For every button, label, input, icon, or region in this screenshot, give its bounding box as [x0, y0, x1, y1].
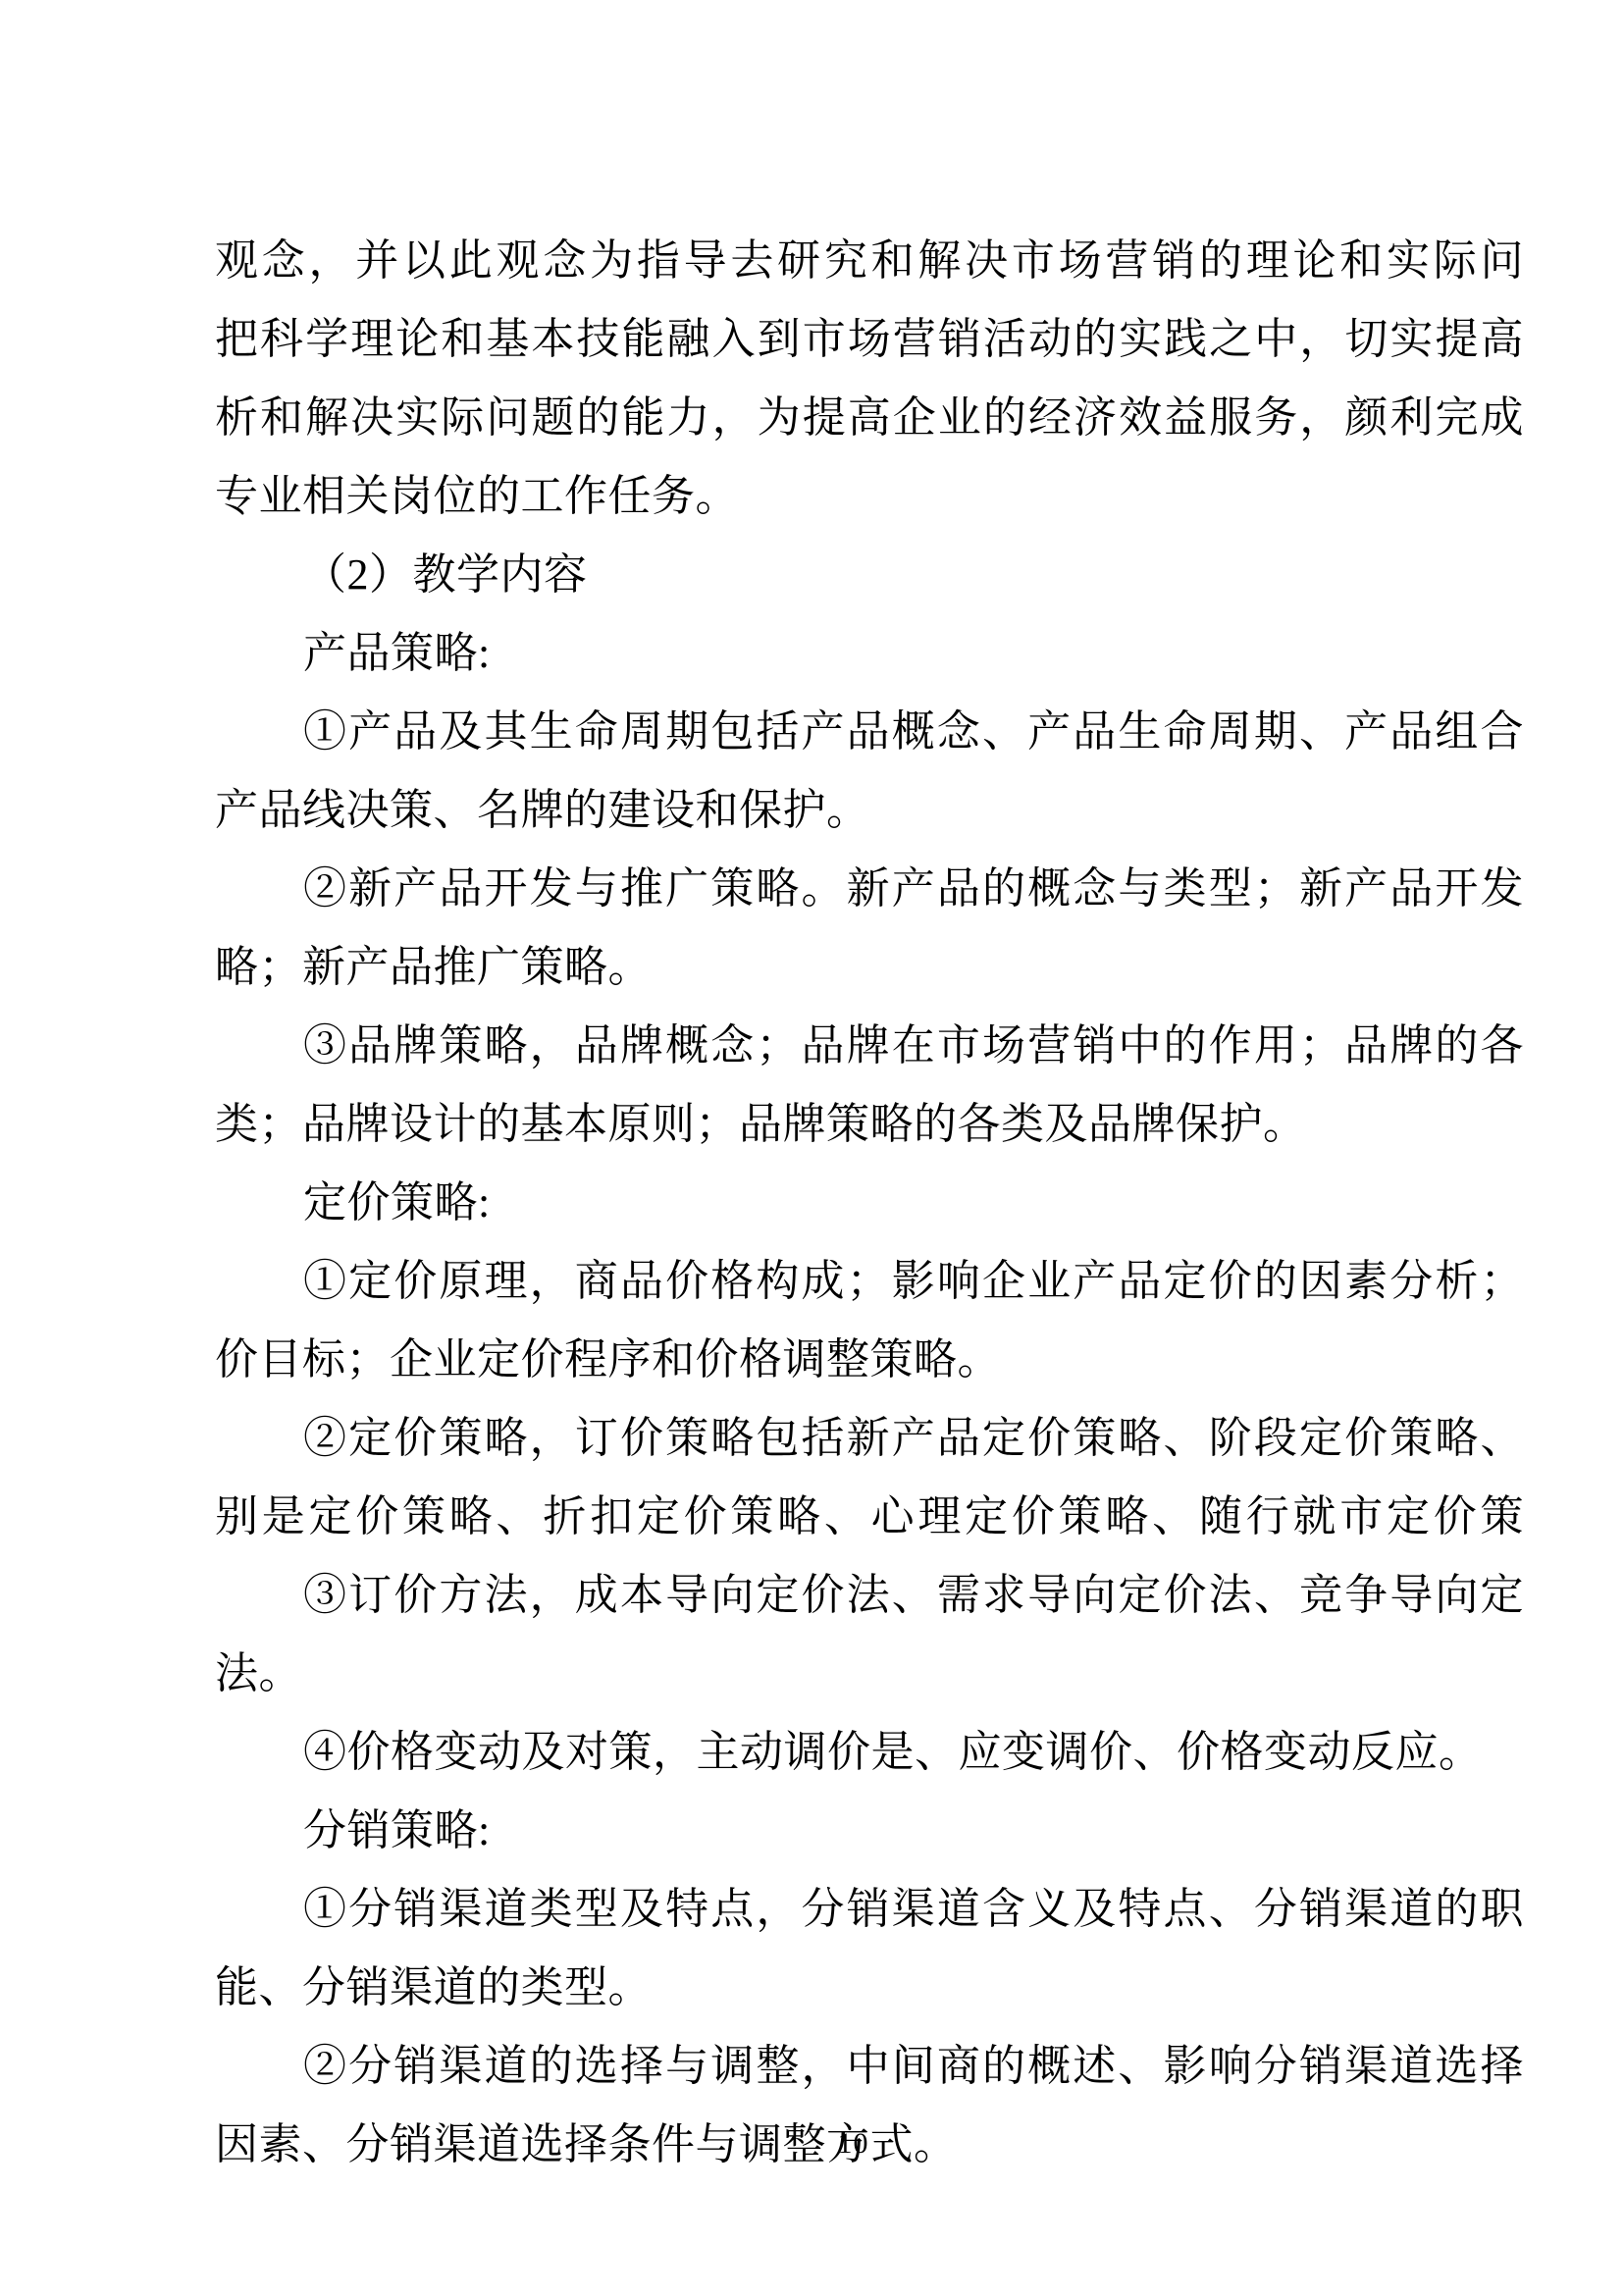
text-line: 专业相关岗位的工作任务。: [215, 457, 1524, 536]
subsection-heading: 产品策略:: [215, 614, 1524, 693]
text-line: 析和解决实际问题的能力，为提高企业的经济效益服务，颜利完成本: [215, 379, 1524, 457]
text-line: 略；新产品推广策略。: [215, 928, 1524, 1007]
text-line: 能、分销渠道的类型。: [215, 1949, 1524, 2027]
text-line: ④价格变动及对策，主动调价是、应变调价、价格变动反应。: [215, 1713, 1524, 1792]
text-line: ②新产品开发与推广策略。新产品的概念与类型；新产品开发策: [215, 850, 1524, 928]
text-column: 观念，并以此观念为指导去研究和解决市场营销的理论和实际问题： 把科学理论和基本技…: [215, 222, 1524, 2184]
text-line: 法。: [215, 1635, 1524, 1713]
text-line: ③订价方法，成本导向定价法、需求导向定价法、竞争导向定价: [215, 1556, 1524, 1635]
subsection-heading: 定价策略:: [215, 1164, 1524, 1242]
section-heading: （2）教学内容: [215, 536, 1524, 614]
text-line: ①分销渠道类型及特点，分销渠道含义及特点、分销渠道的职: [215, 1870, 1524, 1949]
text-line: ①产品及其生命周期包括产品概念、产品生命周期、产品组合和: [215, 693, 1524, 771]
text-line: 把科学理论和基本技能融入到市场营销活动的实践之中，切实提高分: [215, 300, 1524, 379]
page-number: 10: [41, 2127, 1624, 2161]
text-line: 观念，并以此观念为指导去研究和解决市场营销的理论和实际问题：: [215, 222, 1524, 300]
text-line: 类；品牌设计的基本原则；品牌策略的各类及品牌保护。: [215, 1085, 1524, 1164]
subsection-heading: 分销策略:: [215, 1792, 1524, 1870]
text-line: 价目标；企业定价程序和价格调整策略。: [215, 1321, 1524, 1399]
text-line: 产品线决策、名牌的建设和保护。: [215, 771, 1524, 850]
text-line: ①定价原理，商品价格构成；影响企业产品定价的因素分析；定: [215, 1242, 1524, 1321]
text-line: 别是定价策略、折扣定价策略、心理定价策略、随行就市定价策略。: [215, 1478, 1524, 1556]
document-page: 观念，并以此观念为指导去研究和解决市场营销的理论和实际问题： 把科学理论和基本技…: [0, 0, 1624, 2295]
text-line: ③品牌策略，品牌概念；品牌在市场营销中的作用；品牌的各: [215, 1007, 1524, 1085]
text-line: ②分销渠道的选择与调整，中间商的概述、影响分销渠道选择的: [215, 2027, 1524, 2106]
text-line: ②定价策略，订价策略包括新产品定价策略、阶段定价策略、差: [215, 1399, 1524, 1478]
